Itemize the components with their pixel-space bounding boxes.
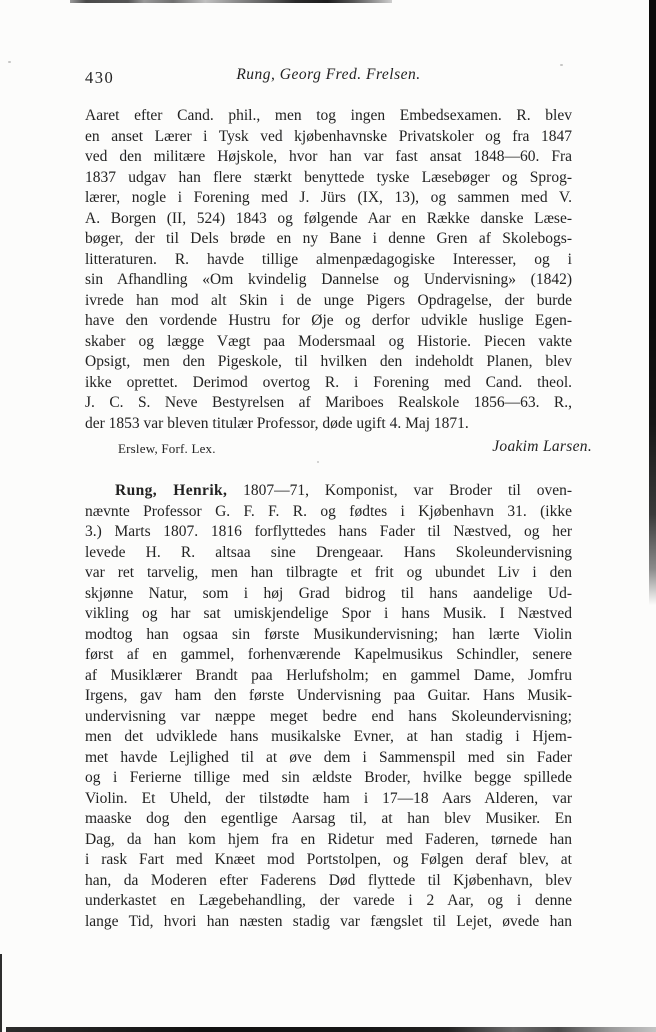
text-line: modtog han ogsaa sin første Musikundervi… bbox=[85, 625, 572, 646]
text-line: Violin. Et Uheld, der tilstødte ham i 17… bbox=[85, 789, 572, 810]
paragraph-entry-rung-henrik: Rung, Henrik, 1807—71, Komponist, var Br… bbox=[85, 481, 572, 932]
text-line: ikke oprettet. Derimod overtog R. i Fore… bbox=[85, 373, 572, 394]
scan-speck bbox=[317, 461, 319, 463]
scan-speck bbox=[8, 61, 11, 63]
text-line: lærer, nogle i Forening med J. Jürs (IX,… bbox=[85, 188, 572, 209]
text-line: først af en gammel, forhenværende Kapelm… bbox=[85, 645, 572, 666]
text-line: have den vordende Hustru for Øje og derf… bbox=[85, 311, 572, 332]
text-line: i rask Fart med Knæet mod Portstolpen, o… bbox=[85, 850, 572, 871]
book-page: 430 Rung, Georg Fred. Frelsen. Aaret eft… bbox=[0, 0, 656, 1032]
text-line: men det udviklede hans musikalske Evner,… bbox=[85, 727, 572, 748]
paragraph-article-end: Aaret efter Cand. phil., men tog ingen E… bbox=[85, 106, 572, 434]
source-reference: Erslew, Forf. Lex. bbox=[118, 441, 216, 457]
text-line: A. Borgen (II, 524) 1843 og følgende Aar… bbox=[85, 209, 572, 230]
text-line: underkastet en Lægebehandling, der vared… bbox=[85, 891, 572, 912]
text-line: vikling og har sat umiskjendelige Spor i… bbox=[85, 604, 572, 625]
text-line: en anset Lærer i Tysk ved kjøbenhavnske … bbox=[85, 127, 572, 148]
text-line: maaske dog den egentlige Aarsag til, at … bbox=[85, 809, 572, 830]
running-title: Rung, Georg Fred. Frelsen. bbox=[85, 66, 572, 84]
text-line: var ret tarvelig, men han tilbragte et f… bbox=[85, 563, 572, 584]
text-line: der 1853 var bleven titulær Professor, d… bbox=[85, 414, 572, 435]
scan-artifact-right-band bbox=[649, 0, 656, 605]
text-line: skjønne Natur, som i høj Grad bidrog til… bbox=[85, 584, 572, 605]
text-line: 1837 udgav han flere stærkt benyttede ty… bbox=[85, 168, 572, 189]
text-line: 3.) Marts 1807. 1816 forflyttedes hans F… bbox=[85, 522, 572, 543]
text-line: J. C. S. Neve Bestyrelsen af Mariboes Re… bbox=[85, 393, 572, 414]
scan-artifact-top-band bbox=[70, 0, 392, 3]
text-line: levede H. R. altsaa sine Drengeaar. Hans… bbox=[85, 543, 572, 564]
text-line: skaber og lægge Vægt paa Modersmaal og H… bbox=[85, 332, 572, 353]
entry-first-line: Rung, Henrik, 1807—71, Komponist, var Br… bbox=[85, 481, 572, 502]
author-signature: Joakim Larsen. bbox=[492, 438, 592, 456]
entry-name: Rung, Henrik, bbox=[115, 482, 227, 499]
text-line: og i Ferierne tillige med sin ældste Bro… bbox=[85, 768, 572, 789]
page-header: 430 Rung, Georg Fred. Frelsen. bbox=[85, 66, 572, 88]
text-line: Opsigt, men den Pigeskole, til hvilken d… bbox=[85, 352, 572, 373]
text-line: Aaret efter Cand. phil., men tog ingen E… bbox=[85, 106, 572, 127]
text-line: litteraturen. R. havde tillige almenpæda… bbox=[85, 250, 572, 271]
text-line: Dag, da han kom hjem fra en Ridetur med … bbox=[85, 830, 572, 851]
scan-artifact-left-band bbox=[0, 954, 2, 1032]
text-line: lange Tid, hvori han næsten stadig var f… bbox=[85, 912, 572, 933]
text-line: sin Afhandling «Om kvindelig Dannelse og… bbox=[85, 270, 572, 291]
text-line: Irgens, gav ham den første Undervisning … bbox=[85, 686, 572, 707]
text-line: bøger, der til Dels brøde en ny Bane i d… bbox=[85, 229, 572, 250]
scan-artifact-bottom-band bbox=[6, 1027, 656, 1032]
text-line: ivrede han mod alt Skin i de unge Pigers… bbox=[85, 291, 572, 312]
text-line: han, da Moderen efter Faderens Død flytt… bbox=[85, 871, 572, 892]
text-line: af Musiklærer Brandt paa Herlufsholm; en… bbox=[85, 666, 572, 687]
text-line: ved den militære Højskole, hvor han var … bbox=[85, 147, 572, 168]
text-line: met havde Lejlighed til at øve dem i Sam… bbox=[85, 748, 572, 769]
text-line: undervisning var næppe meget bedre end h… bbox=[85, 707, 572, 728]
entry-first-line-rest: 1807—71, Komponist, var Broder til oven- bbox=[227, 482, 572, 499]
source-row: Erslew, Forf. Lex. Joakim Larsen. bbox=[85, 438, 592, 458]
text-line: nævnte Professor G. F. F. R. og fødtes i… bbox=[85, 502, 572, 523]
